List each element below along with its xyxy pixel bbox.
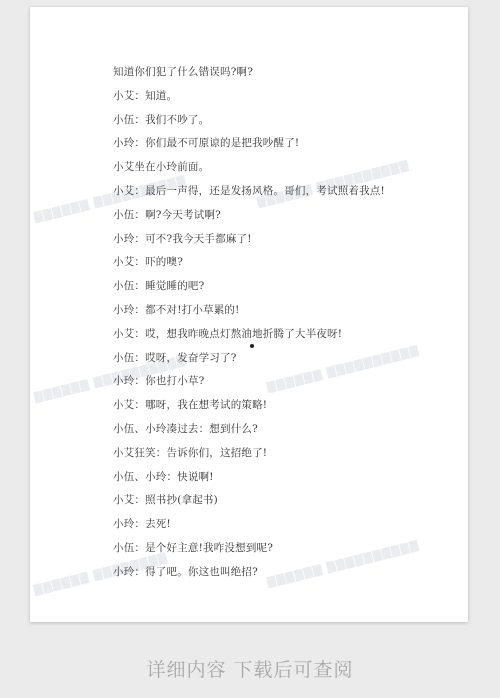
dialogue-line: 小艾：知道。 [113,88,385,112]
dialogue-line: 小艾：最后一声得，还是发扬风格。哥们，考试照着我点! [113,183,385,207]
dialogue-line: 小玲：去死! [113,516,385,540]
dialogue-line: 小伍、小玲凑过去：想到什么? [113,421,385,445]
dialogue-line: 小艾：哎，想我昨晚点灯熬油地折腾了大半夜呀! [113,326,385,350]
dialogue-line: 小艾坐在小玲前面。 [113,159,385,183]
dialogue-line: 小伍：是个好主意!我咋没想到呢? [113,540,385,564]
dialogue-line: 知道你们犯了什么错误吗?啊? [113,64,385,88]
dialogue-line: 小玲：可不?我今天手都麻了! [113,231,385,255]
dialogue-line: 小伍、小玲：快说啊! [113,469,385,493]
dialogue-lines: 知道你们犯了什么错误吗?啊? 小艾：知道。 小伍：我们不吵了。 小玲：你们最不可… [113,64,385,588]
dialogue-line: 小艾：照书抄(拿起书) [113,492,385,516]
bullet-dot [250,344,254,348]
dialogue-line: 小玲：得了吧。你这也叫绝招? [113,564,385,588]
dialogue-line: 小艾狂笑：告诉你们，这招绝了! [113,445,385,469]
document-page: ▇▇▇▇▇▇ ▇▇▇▇▇▇▇▇▇▇ ▇▇▇▇▇▇ ▇▇▇▇▇▇▇▇▇▇ ▇▇▇▇… [30,7,468,622]
dialogue-line: 小玲：都不对!打小草累的! [113,302,385,326]
dialogue-line: 小玲：你们最不可原谅的是把我吵醒了! [113,135,385,159]
dialogue-line: 小玲：你也打小草? [113,373,385,397]
dialogue-line: 小伍：啊?今天考试啊? [113,207,385,231]
dialogue-line: 小伍：睡觉睡的吧? [113,278,385,302]
download-prompt[interactable]: 详细内容 下载后可查阅 [0,655,500,682]
dialogue-line: 小艾：吓的噢? [113,254,385,278]
dialogue-line: 小伍：我们不吵了。 [113,112,385,136]
dialogue-line: 小伍：哎呀，发奋学习了? [113,350,385,374]
dialogue-line: 小艾：哪呀，我在想考试的策略! [113,397,385,421]
